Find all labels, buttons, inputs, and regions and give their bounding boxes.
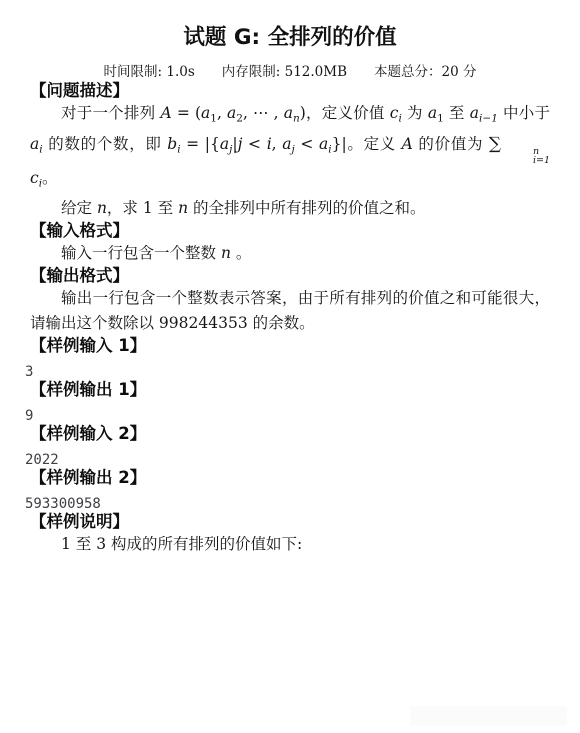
limits-line: 时间限制: 1.0s 内存限制: 512.0MB 本题总分：20 分 xyxy=(30,64,550,81)
heading-sample-explanation: 【样例说明】 xyxy=(30,512,550,532)
heading-output-format: 【输出格式】 xyxy=(30,266,550,286)
heading-sample-input-1: 【样例输入 1】 xyxy=(30,336,550,356)
time-limit: 时间限制: 1.0s xyxy=(104,64,195,81)
heading-sample-output-2: 【样例输出 2】 xyxy=(30,468,550,488)
description-paragraph-1: 对于一个排列 A = (a1, a2, ⋯ , an)，定义价值 ci 为 a1… xyxy=(30,101,550,196)
output-format-paragraph: 输出一行包含一个整数表示答案，由于所有排列的价值之和可能很大，请输出这个数除以 … xyxy=(30,286,550,336)
section-output-format: 【输出格式】 输出一行包含一个整数表示答案，由于所有排列的价值之和可能很大，请输… xyxy=(30,266,550,336)
section-sample-input-1: 【样例输入 1】 3 xyxy=(30,336,550,380)
page-title: 试题 G: 全排列的价值 xyxy=(30,24,550,52)
heading-sample-input-2: 【样例输入 2】 xyxy=(30,424,550,444)
problem-document: 试题 G: 全排列的价值 时间限制: 1.0s 内存限制: 512.0MB 本题… xyxy=(0,24,580,557)
sample-input-1-value: 3 xyxy=(25,364,550,380)
total-score: 本题总分：20 分 xyxy=(374,64,476,81)
section-problem-description: 【问题描述】 对于一个排列 A = (a1, a2, ⋯ , an)，定义价值 … xyxy=(30,81,550,221)
heading-input-format: 【输入格式】 xyxy=(30,221,550,241)
section-sample-output-2: 【样例输出 2】 593300958 xyxy=(30,468,550,512)
sample-input-2-value: 2022 xyxy=(25,452,550,468)
heading-sample-output-1: 【样例输出 1】 xyxy=(30,380,550,400)
memory-limit: 内存限制: 512.0MB xyxy=(222,64,347,81)
faint-highlight-artifact xyxy=(410,706,567,726)
input-format-paragraph: 输入一行包含一个整数 n 。 xyxy=(30,241,550,266)
section-sample-input-2: 【样例输入 2】 2022 xyxy=(30,424,550,468)
section-sample-explanation: 【样例说明】 1 至 3 构成的所有排列的价值如下: xyxy=(30,512,550,557)
sample-output-1-value: 9 xyxy=(25,408,550,424)
heading-problem-description: 【问题描述】 xyxy=(30,81,550,101)
sample-explanation-paragraph: 1 至 3 构成的所有排列的价值如下: xyxy=(30,532,550,557)
section-input-format: 【输入格式】 输入一行包含一个整数 n 。 xyxy=(30,221,550,266)
section-sample-output-1: 【样例输出 1】 9 xyxy=(30,380,550,424)
sample-output-2-value: 593300958 xyxy=(25,496,550,512)
description-paragraph-2: 给定 n，求 1 至 n 的全排列中所有排列的价值之和。 xyxy=(30,196,550,221)
